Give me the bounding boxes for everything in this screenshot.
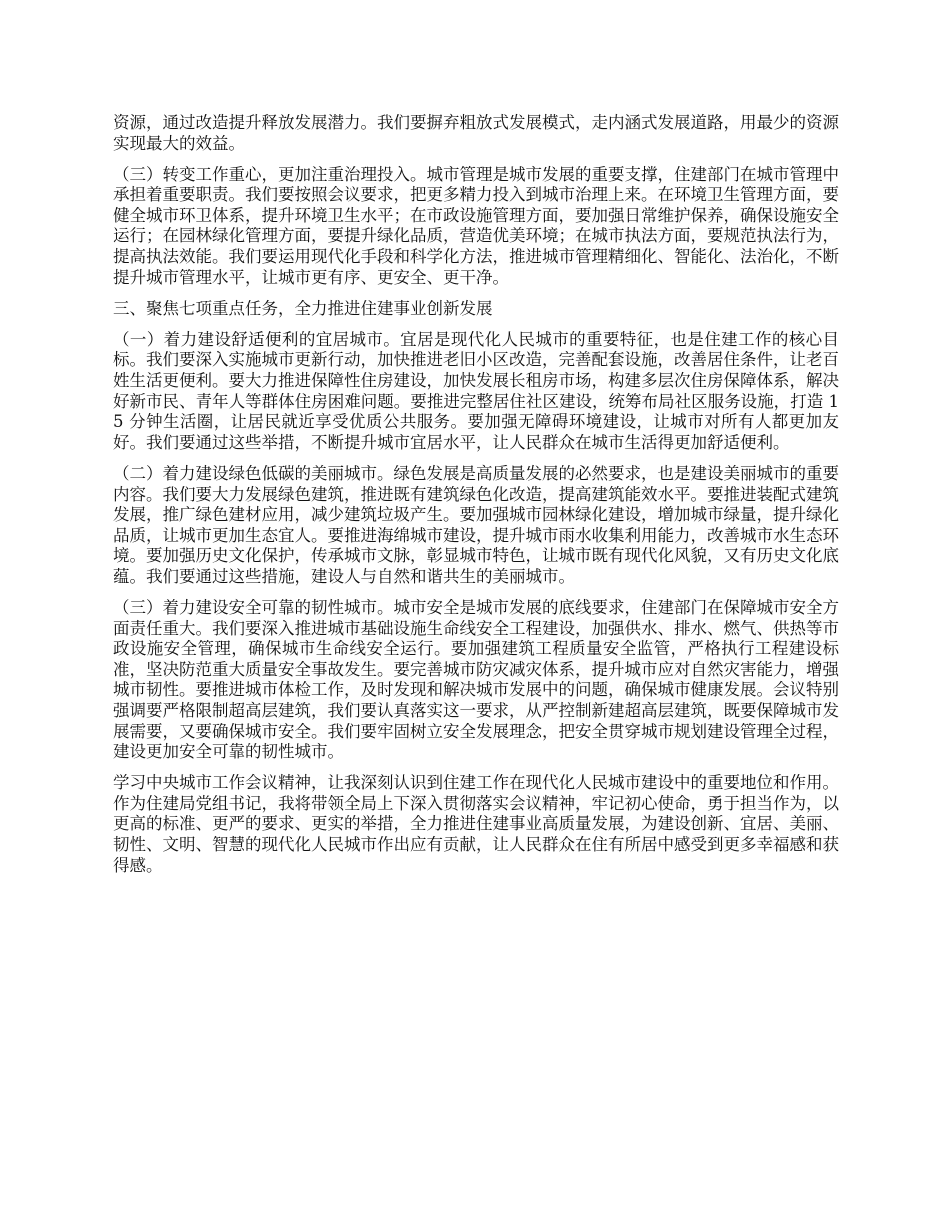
- section-heading-seven-tasks: 三、聚焦七项重点任务，全力推进住建事业创新发展: [113, 299, 839, 320]
- document-page: 资源，通过改造提升释放发展潜力。我们要摒弃粗放式发展模式，走内涵式发展道路，用最…: [113, 113, 839, 887]
- paragraph-continuation: 资源，通过改造提升释放发展潜力。我们要摒弃粗放式发展模式，走内涵式发展道路，用最…: [113, 113, 839, 154]
- paragraph-green-city: （二）着力建设绿色低碳的美丽城市。绿色发展是高质量发展的必然要求，也是建设美丽城…: [113, 464, 839, 588]
- paragraph-resilient-city: （三）着力建设安全可靠的韧性城市。城市安全是城市发展的底线要求，住建部门在保障城…: [113, 598, 839, 763]
- paragraph-conclusion: 学习中央城市工作会议精神，让我深刻认识到住建工作在现代化人民城市建设中的重要地位…: [113, 773, 839, 876]
- paragraph-governance-focus: （三）转变工作重心，更加注重治理投入。城市管理是城市发展的重要支撑，住建部门在城…: [113, 165, 839, 289]
- paragraph-livable-city: （一）着力建设舒适便利的宜居城市。宜居是现代化人民城市的重要特征，也是住建工作的…: [113, 330, 839, 454]
